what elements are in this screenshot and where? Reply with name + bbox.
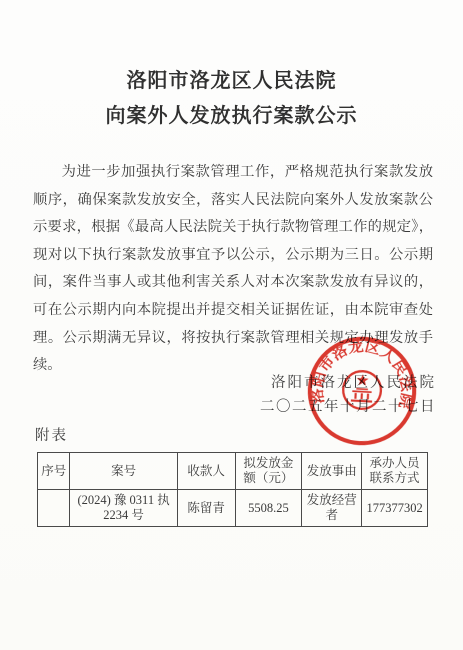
cell-contact: 177377302: [362, 490, 428, 527]
table-row: (2024) 豫 0311 执 2234 号 陈留青 5508.25 发放经营者…: [38, 490, 428, 527]
header-amount: 拟发放金额（元）: [235, 453, 302, 490]
notice-body-paragraph: 为进一步加强执行案款管理工作，严格规范执行案款发放顺序，确保案款发放安全，落实人…: [33, 159, 433, 380]
signature-court-name: 洛阳市洛龙区人民法院: [271, 371, 436, 392]
payout-table: 序号 案号 收款人 拟发放金额（元） 发放事由 承办人员联系方式 (2024) …: [37, 452, 428, 527]
header-contact: 承办人员联系方式: [362, 453, 428, 490]
table-header-row: 序号 案号 收款人 拟发放金额（元） 发放事由 承办人员联系方式: [38, 453, 428, 490]
cell-payee: 陈留青: [177, 490, 235, 527]
document-title-subject: 向案外人发放执行案款公示: [0, 99, 463, 128]
header-serial-number: 序号: [38, 453, 70, 490]
cell-case-number: (2024) 豫 0311 执 2234 号: [70, 490, 177, 527]
cell-amount: 5508.25: [235, 490, 302, 527]
document-page: 洛阳市洛龙区人民法院 向案外人发放执行案款公示 为进一步加强执行案款管理工作，严…: [0, 0, 463, 650]
signature-date: 二〇二五年十月二十七日: [260, 395, 436, 416]
header-payee: 收款人: [177, 453, 235, 490]
cell-serial-number: [38, 490, 70, 527]
cell-reason: 发放经营者: [302, 490, 362, 527]
attachment-table-label: 附表: [35, 424, 68, 445]
document-title-court: 洛阳市洛龙区人民法院: [0, 64, 463, 93]
header-case-number: 案号: [70, 453, 177, 490]
header-reason: 发放事由: [302, 453, 362, 490]
